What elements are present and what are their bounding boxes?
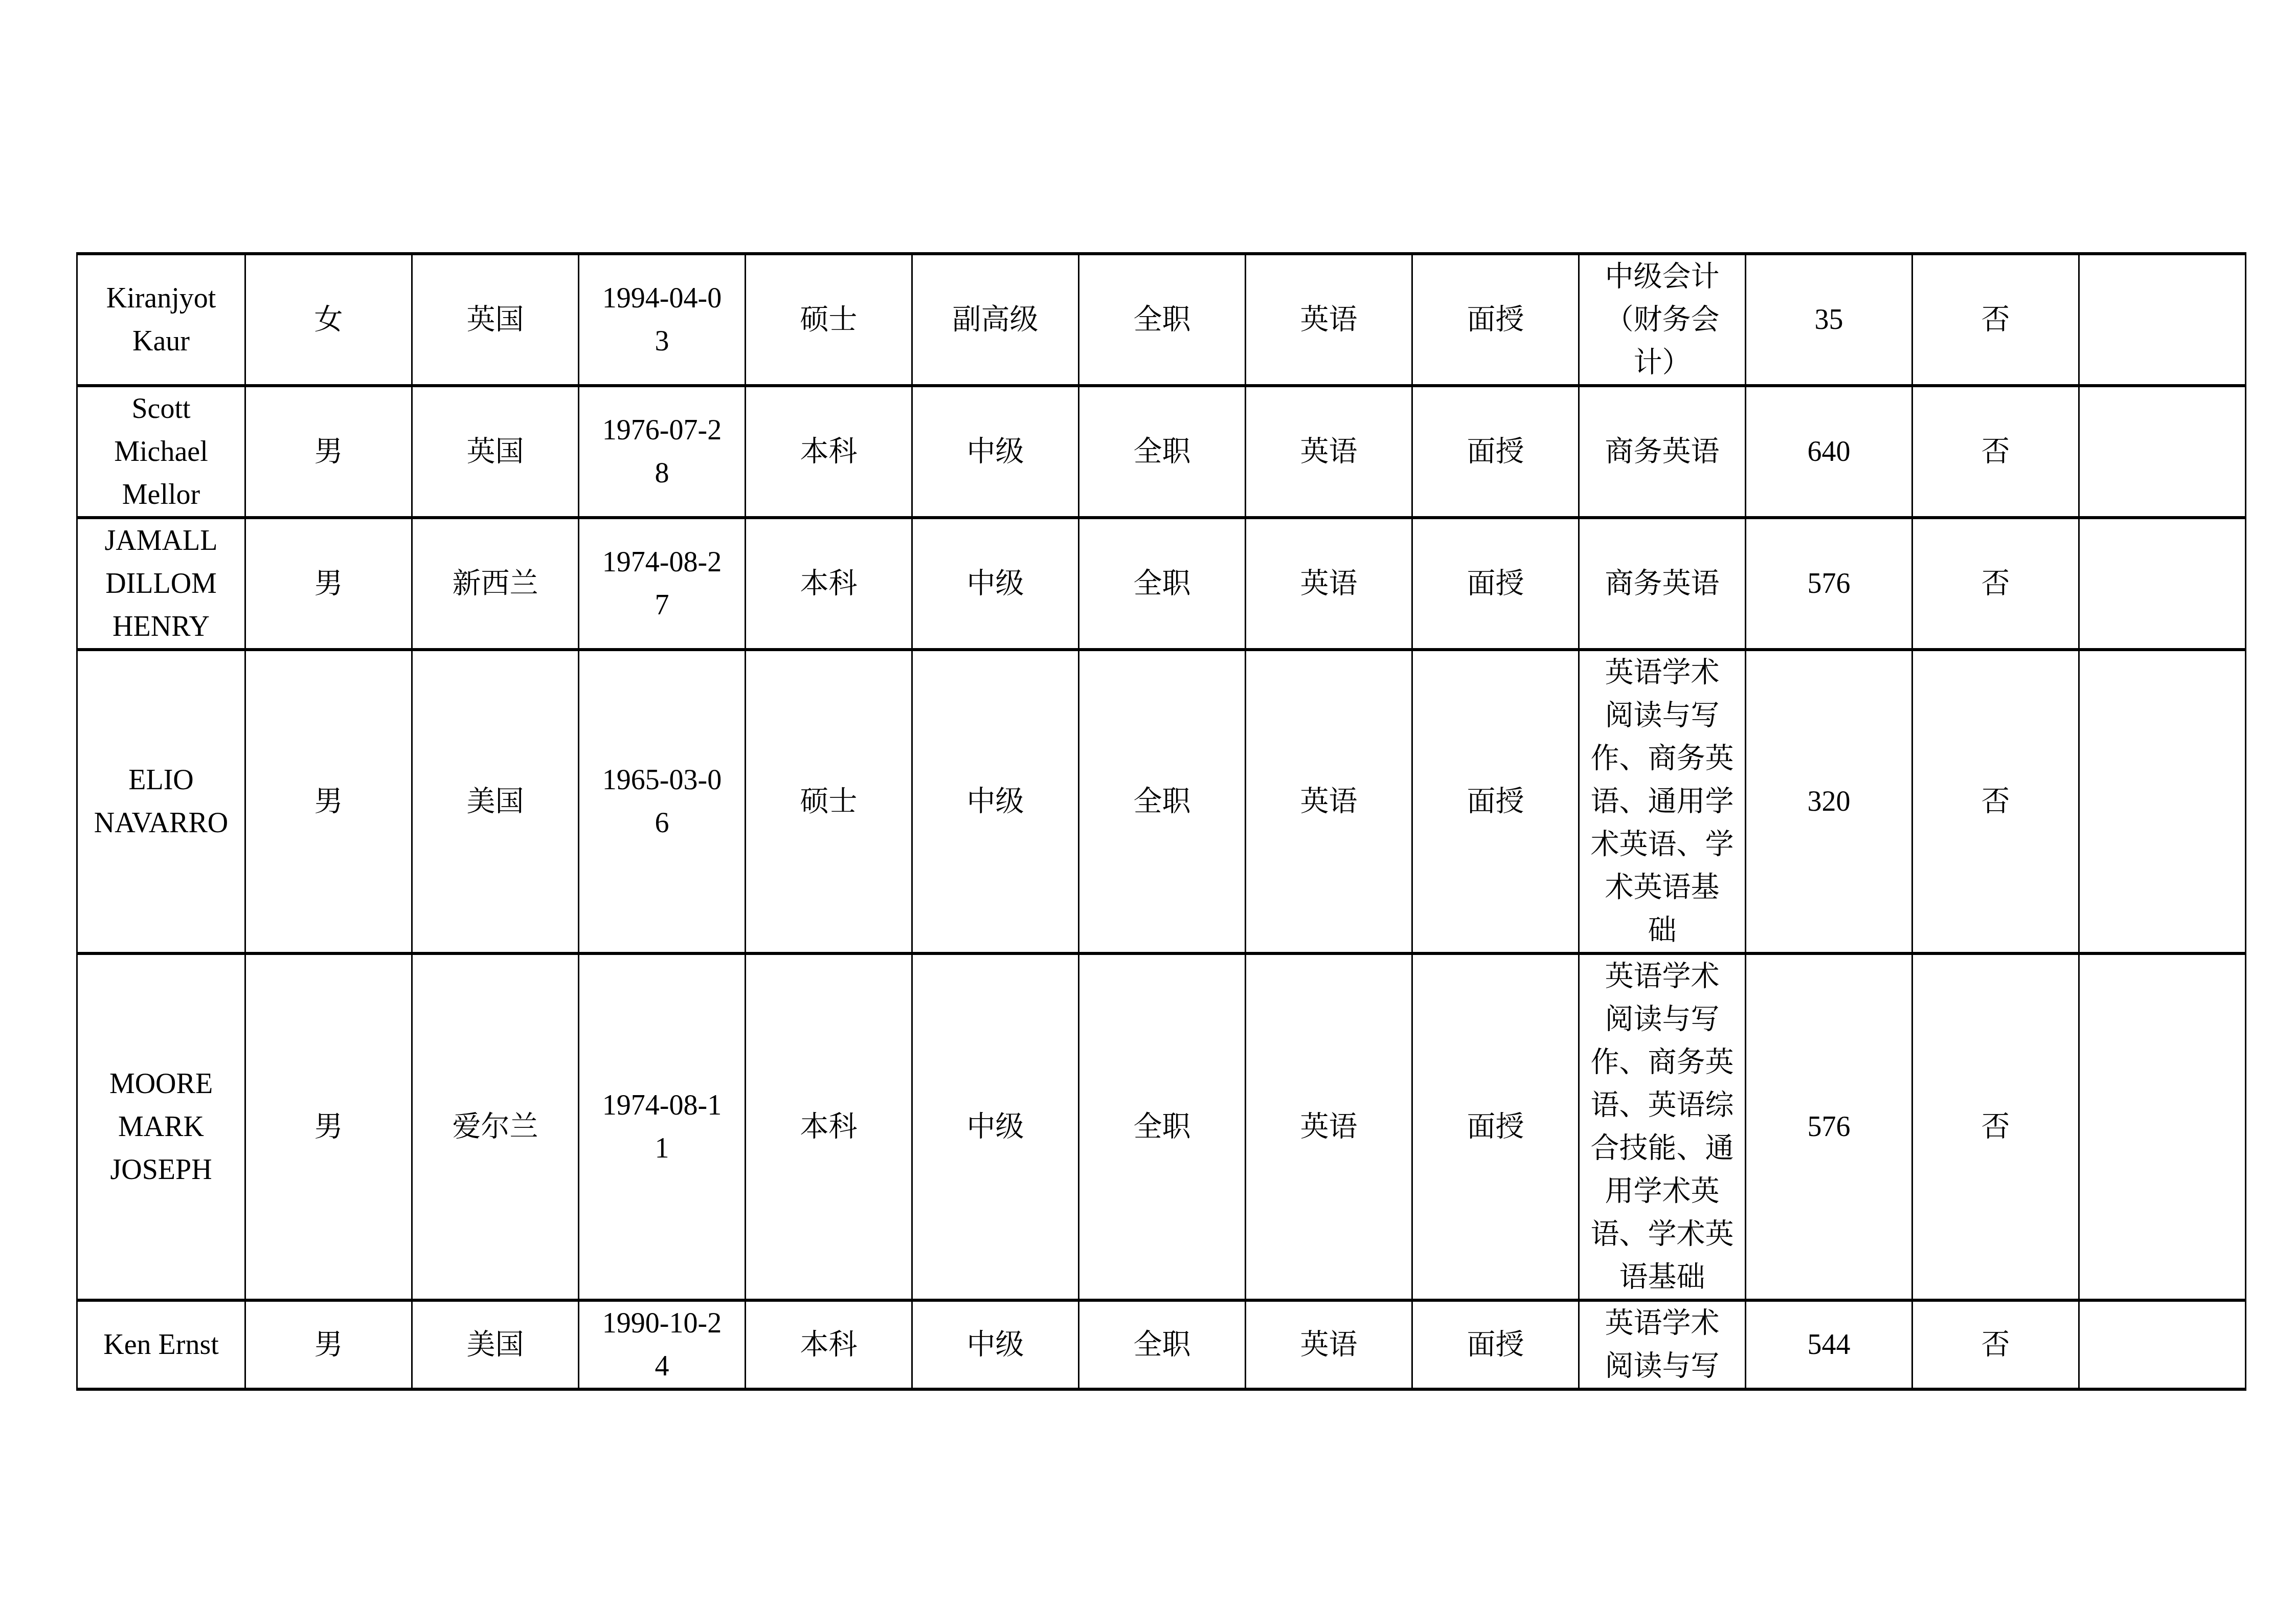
cell-birth-date: 1974-08-27 <box>579 518 746 650</box>
cell-gender: 男 <box>245 953 412 1300</box>
cell-employment-type: 全职 <box>1079 518 1246 650</box>
cell-teaching-method: 面授 <box>1412 650 1579 953</box>
cell-teaching-method: 面授 <box>1412 953 1579 1300</box>
cell-employment-type: 全职 <box>1079 1300 1246 1389</box>
cell-title-level: 副高级 <box>912 254 1079 386</box>
cell-hours: 320 <box>1746 650 1912 953</box>
cell-language: 英语 <box>1246 650 1412 953</box>
cell-hours: 576 <box>1746 518 1912 650</box>
cell-name: ELIO NAVARRO <box>77 650 245 953</box>
cell-title-level: 中级 <box>912 953 1079 1300</box>
cell-birth-date: 1990-10-24 <box>579 1300 746 1389</box>
table-row: MOORE MARK JOSEPH 男 爱尔兰 1974-08-11 本科 中级… <box>77 953 2246 1300</box>
cell-language: 英语 <box>1246 386 1412 518</box>
cell-title-level: 中级 <box>912 650 1079 953</box>
cell-name: JAMALL DILLOM HENRY <box>77 518 245 650</box>
cell-title-level: 中级 <box>912 518 1079 650</box>
cell-flag: 否 <box>1912 650 2079 953</box>
cell-teaching-method: 面授 <box>1412 254 1579 386</box>
cell-flag: 否 <box>1912 254 2079 386</box>
cell-birth-date: 1976-07-28 <box>579 386 746 518</box>
table-row: Ken Ernst 男 美国 1990-10-24 本科 中级 全职 英语 面授… <box>77 1300 2246 1389</box>
cell-teaching-method: 面授 <box>1412 386 1579 518</box>
cell-courses: 英语学术 阅读与写 作、商务英 语、英语综 合技能、通 用学术英 语、学术英 语… <box>1579 953 1746 1300</box>
cell-gender: 男 <box>245 386 412 518</box>
cell-blank <box>2079 386 2246 518</box>
cell-birth-date: 1974-08-11 <box>579 953 746 1300</box>
cell-name: Kiranjyot Kaur <box>77 254 245 386</box>
cell-nationality: 英国 <box>412 254 579 386</box>
cell-courses: 商务英语 <box>1579 518 1746 650</box>
cell-language: 英语 <box>1246 953 1412 1300</box>
cell-language: 英语 <box>1246 254 1412 386</box>
cell-name: Ken Ernst <box>77 1300 245 1389</box>
cell-teaching-method: 面授 <box>1412 1300 1579 1389</box>
cell-gender: 男 <box>245 518 412 650</box>
teacher-table: Kiranjyot Kaur 女 英国 1994-04-03 硕士 副高级 全职… <box>76 252 2246 1391</box>
cell-nationality: 美国 <box>412 650 579 953</box>
cell-name: Scott Michael Mellor <box>77 386 245 518</box>
cell-name: MOORE MARK JOSEPH <box>77 953 245 1300</box>
cell-education: 硕士 <box>746 650 912 953</box>
cell-education: 本科 <box>746 386 912 518</box>
cell-nationality: 新西兰 <box>412 518 579 650</box>
cell-nationality: 英国 <box>412 386 579 518</box>
cell-flag: 否 <box>1912 1300 2079 1389</box>
cell-education: 硕士 <box>746 254 912 386</box>
cell-flag: 否 <box>1912 953 2079 1300</box>
cell-nationality: 美国 <box>412 1300 579 1389</box>
table-row: Scott Michael Mellor 男 英国 1976-07-28 本科 … <box>77 386 2246 518</box>
cell-courses: 英语学术 阅读与写 作、商务英 语、通用学 术英语、学 术英语基 础 <box>1579 650 1746 953</box>
cell-hours: 576 <box>1746 953 1912 1300</box>
cell-blank <box>2079 1300 2246 1389</box>
cell-title-level: 中级 <box>912 386 1079 518</box>
cell-employment-type: 全职 <box>1079 953 1246 1300</box>
cell-teaching-method: 面授 <box>1412 518 1579 650</box>
cell-blank <box>2079 650 2246 953</box>
cell-gender: 男 <box>245 650 412 953</box>
cell-courses: 中级会计 （财务会 计） <box>1579 254 1746 386</box>
cell-employment-type: 全职 <box>1079 386 1246 518</box>
cell-gender: 女 <box>245 254 412 386</box>
cell-education: 本科 <box>746 518 912 650</box>
cell-language: 英语 <box>1246 518 1412 650</box>
cell-birth-date: 1965-03-06 <box>579 650 746 953</box>
cell-hours: 544 <box>1746 1300 1912 1389</box>
cell-flag: 否 <box>1912 518 2079 650</box>
cell-education: 本科 <box>746 953 912 1300</box>
cell-gender: 男 <box>245 1300 412 1389</box>
cell-blank <box>2079 254 2246 386</box>
cell-nationality: 爱尔兰 <box>412 953 579 1300</box>
cell-employment-type: 全职 <box>1079 254 1246 386</box>
table-row: Kiranjyot Kaur 女 英国 1994-04-03 硕士 副高级 全职… <box>77 254 2246 386</box>
cell-education: 本科 <box>746 1300 912 1389</box>
cell-hours: 640 <box>1746 386 1912 518</box>
cell-courses: 英语学术 阅读与写 <box>1579 1300 1746 1389</box>
table-row: ELIO NAVARRO 男 美国 1965-03-06 硕士 中级 全职 英语… <box>77 650 2246 953</box>
cell-language: 英语 <box>1246 1300 1412 1389</box>
table-row: JAMALL DILLOM HENRY 男 新西兰 1974-08-27 本科 … <box>77 518 2246 650</box>
cell-blank <box>2079 518 2246 650</box>
cell-flag: 否 <box>1912 386 2079 518</box>
cell-hours: 35 <box>1746 254 1912 386</box>
cell-birth-date: 1994-04-03 <box>579 254 746 386</box>
cell-blank <box>2079 953 2246 1300</box>
cell-courses: 商务英语 <box>1579 386 1746 518</box>
cell-employment-type: 全职 <box>1079 650 1246 953</box>
cell-title-level: 中级 <box>912 1300 1079 1389</box>
